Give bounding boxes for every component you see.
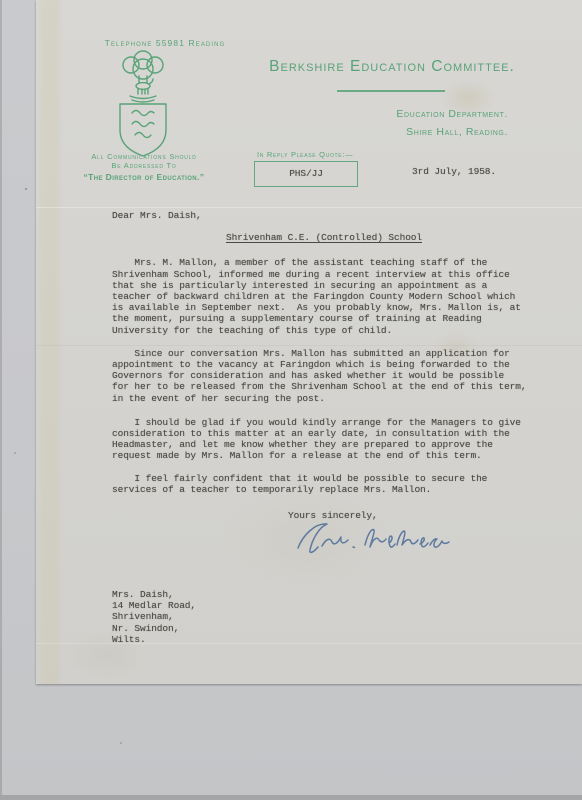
telephone-line: Telephone 55981 Reading <box>80 38 250 48</box>
reference-box: PHS/JJ <box>254 161 358 187</box>
scan-bottom-strip <box>0 795 582 800</box>
office-address-line: Shire Hall, Reading. <box>300 126 508 138</box>
title-underline <box>337 90 445 92</box>
scan-edge-sliver <box>0 0 2 800</box>
reference-code: PHS/JJ <box>289 168 323 179</box>
dust-speck <box>120 742 122 744</box>
paragraph: I should be glad if you would kindly arr… <box>112 417 536 462</box>
communications-note: All Communications Should Be Addressed T… <box>56 153 232 183</box>
department-line: Education Department. <box>300 108 508 120</box>
subject-heading: Shrivenham C.E. (Controlled) School <box>112 232 536 243</box>
paragraph: I feel fairly confident that it would be… <box>112 473 536 495</box>
department-block: Education Department. Shire Hall, Readin… <box>300 108 508 138</box>
dust-speck <box>25 188 27 190</box>
scanned-letter-page: Telephone 55981 Reading Berkshire Educat… <box>0 0 582 800</box>
greeting: Dear Mrs. Daish, <box>112 210 536 221</box>
reply-quote-label: In Reply Please Quote:— <box>257 150 353 159</box>
coat-of-arms-icon <box>101 50 185 158</box>
tape-strip <box>37 0 63 684</box>
handwritten-signature <box>293 514 458 566</box>
dust-speck <box>14 452 16 454</box>
recipient-address: Mrs. Daish, 14 Medlar Road, Shrivenham, … <box>112 589 196 645</box>
communications-line3: “The Director of Education.” <box>56 173 232 183</box>
paragraph: Mrs. M. Mallon, a member of the assistan… <box>112 257 536 335</box>
communications-line2: Be Addressed To <box>56 162 232 171</box>
paragraph: Since our conversation Mrs. Mallon has s… <box>112 348 536 404</box>
committee-title: Berkshire Education Committee. <box>258 58 526 76</box>
letter-date: 3rd July, 1958. <box>412 166 496 177</box>
letter-body: Dear Mrs. Daish, Shrivenham C.E. (Contro… <box>112 210 536 521</box>
paper-crease <box>36 207 582 208</box>
